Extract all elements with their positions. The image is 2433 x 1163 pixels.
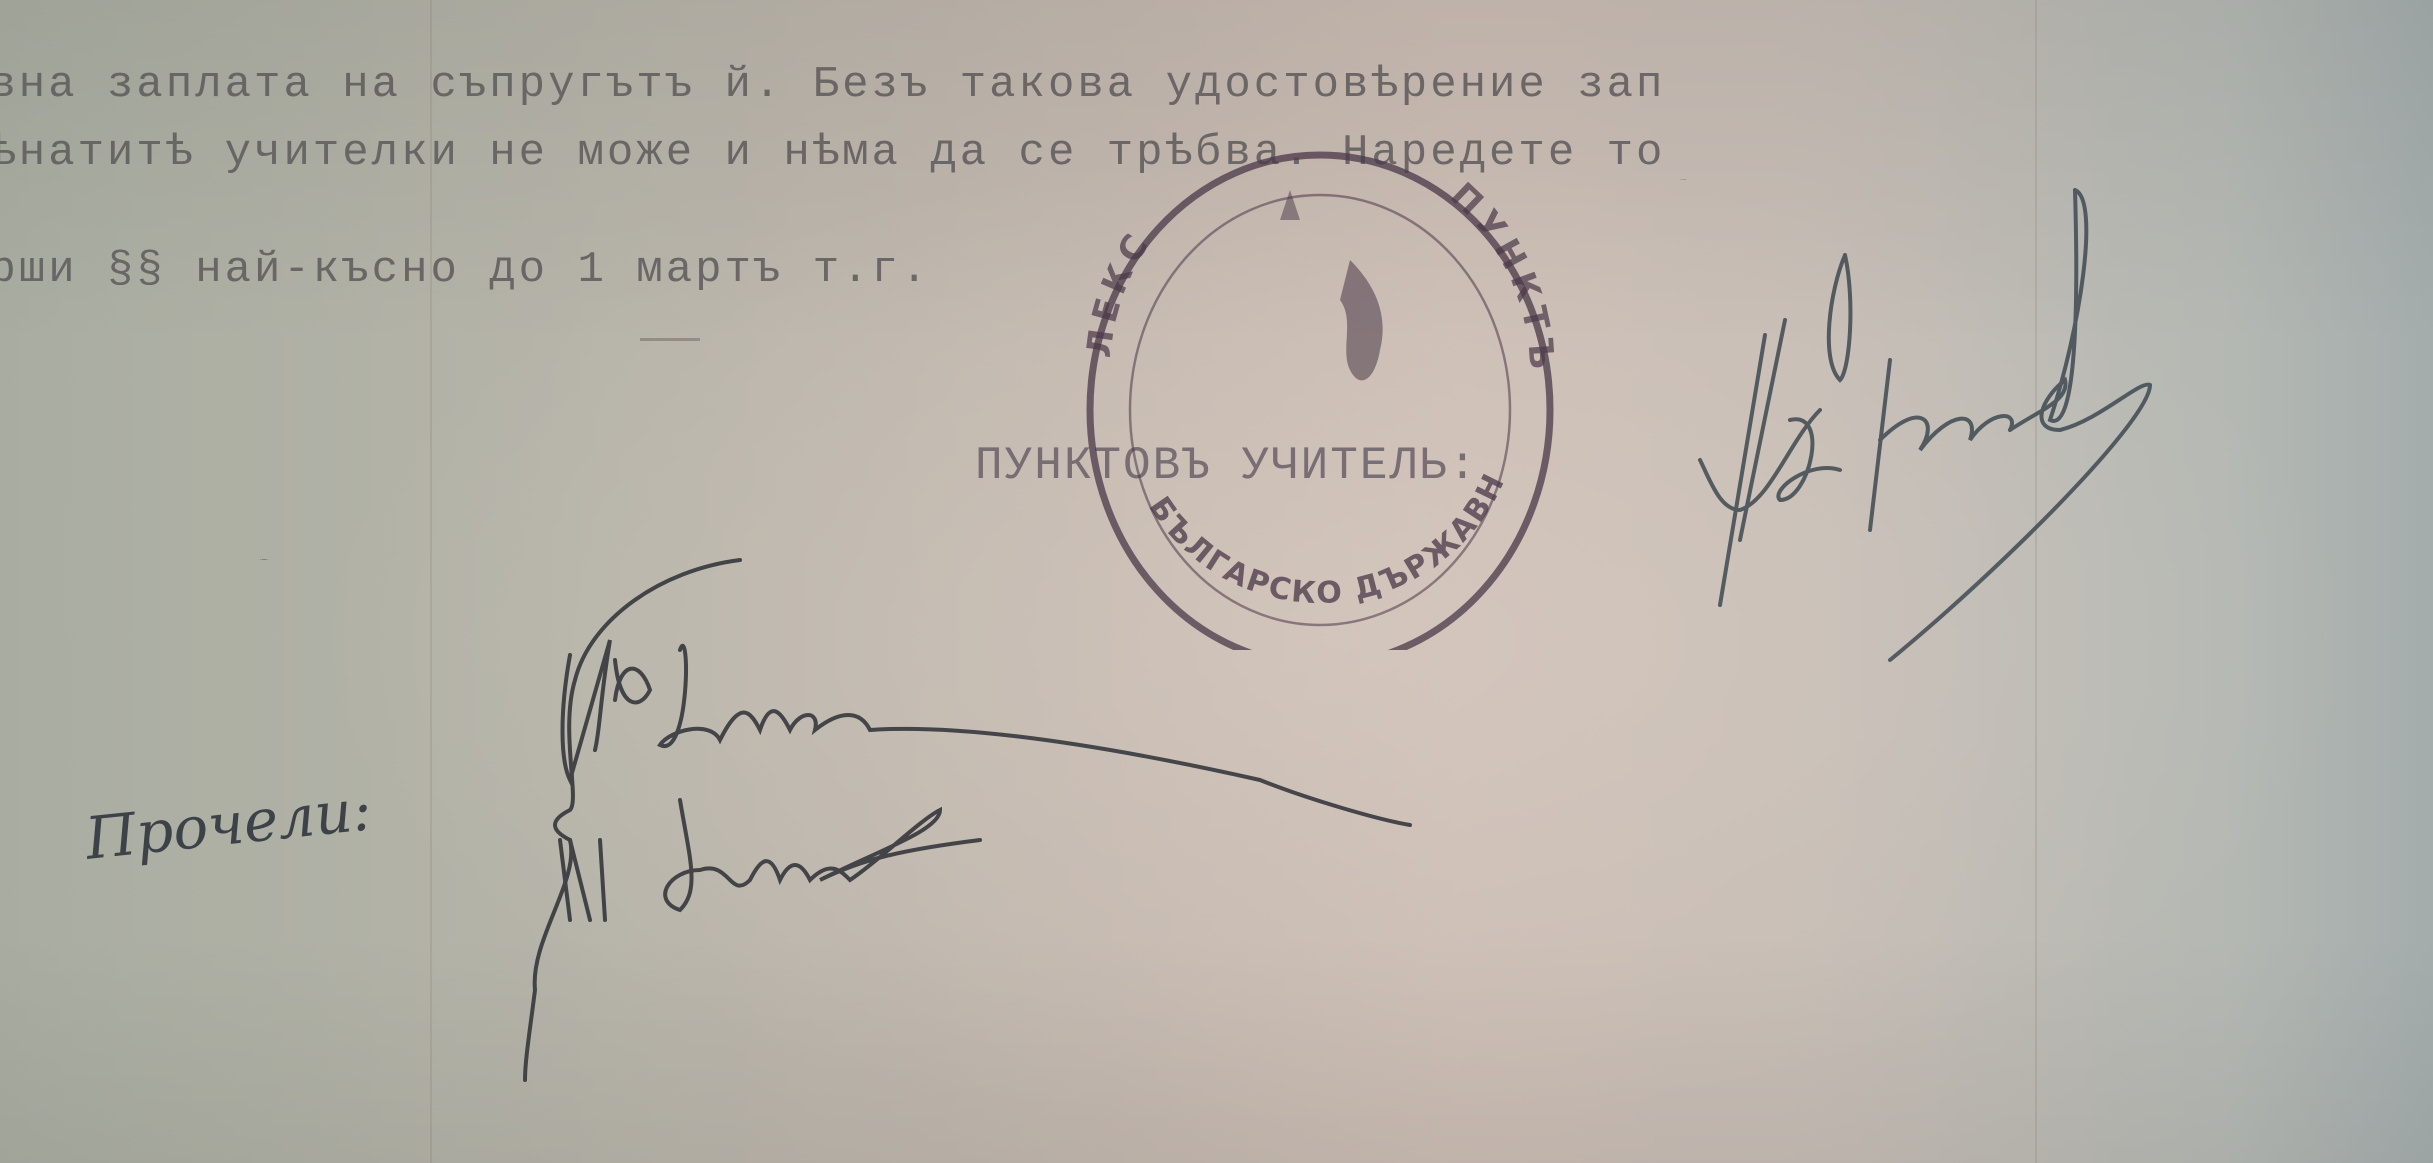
typed-line: овна заплата на съпругътъ й. Безъ такова…	[0, 60, 1665, 110]
svg-text:М. Донова: М. Донова	[259, 559, 266, 561]
separator-dash	[640, 338, 700, 341]
teacher-signature: А. Георгиев	[1680, 180, 2420, 680]
svg-text:ЛЕКС: ЛЕКС	[1079, 223, 1160, 360]
svg-text:А. Георгиев: А. Георгиев	[1679, 179, 1687, 181]
typed-line: ърши §§ най-късно до 1 мартъ т.г.	[0, 245, 930, 295]
reader-signatures: П. Цвѣтичева М. Донова	[260, 560, 1360, 1120]
